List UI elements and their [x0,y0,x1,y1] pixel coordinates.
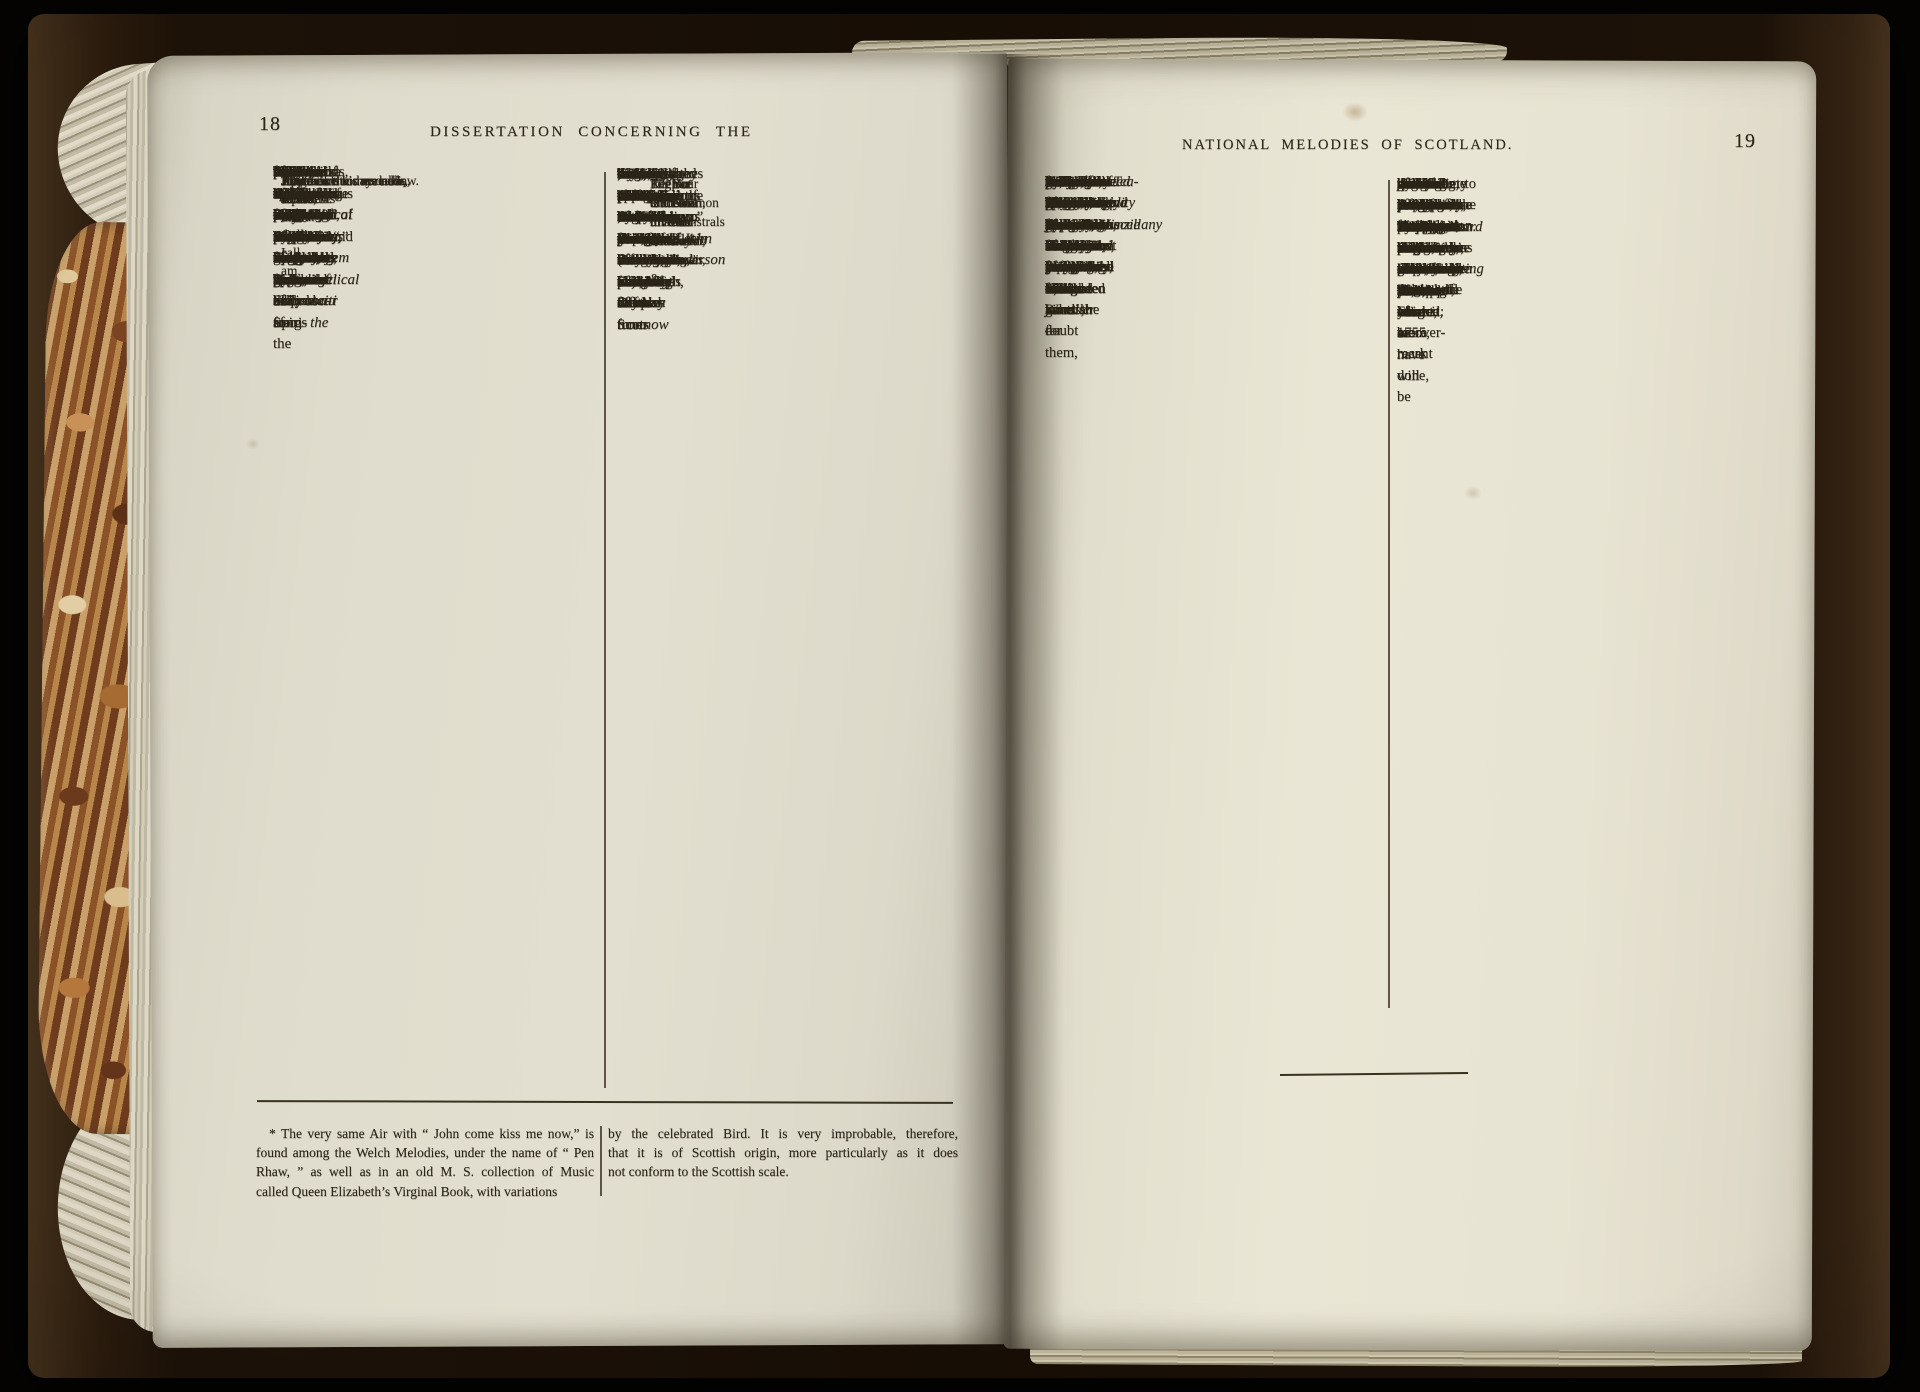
text-line: quirer to prosecute the investigation. [1397,174,1476,238]
text-line: that it is of Scottish origin, more part… [608,1143,958,1162]
text-line: found among the Welch Melodies, under th… [256,1143,594,1162]
text-line: * The very same Air with “ John come kis… [256,1124,594,1143]
left-running-title: DISSERTATION CONCERNING THE [430,123,753,141]
text-line: “ dawin.” And there is every probability… [273,162,339,270]
text-line: Rhaw, ” as well as in an old M. S. colle… [256,1162,594,1181]
text-line: the earliest Collection in which the fav… [617,164,679,293]
text-line: gives probability to the tradition respe… [1045,172,1109,279]
footnote-column-2: by the celebrated Bird. It is very impro… [608,1124,958,1182]
footnote-column-1: * The very same Air with “ John come kis… [256,1124,594,1201]
text-line: called Queen Elizabeth’s Virginal Book, … [256,1182,594,1201]
foxing-stain [246,438,260,450]
foxing-stain [1342,102,1368,122]
right-column-divider-rule [1388,180,1390,1008]
left-column-divider-rule [604,172,606,1088]
open-book-photo: 18 DISSERTATION CONCERNING THE In the Pr… [0,0,1920,1392]
text-line: not conform to the Scottish scale. [608,1162,958,1181]
text-line: by the celebrated Bird. It is very impro… [608,1124,958,1143]
right-running-title: NATIONAL MELODIES OF SCOTLAND. [1182,137,1513,154]
footnote-divider-rule [600,1126,602,1196]
left-page-number: 18 [259,114,281,134]
foxing-stain [1464,486,1482,500]
right-page-number: 19 [1734,131,1756,151]
